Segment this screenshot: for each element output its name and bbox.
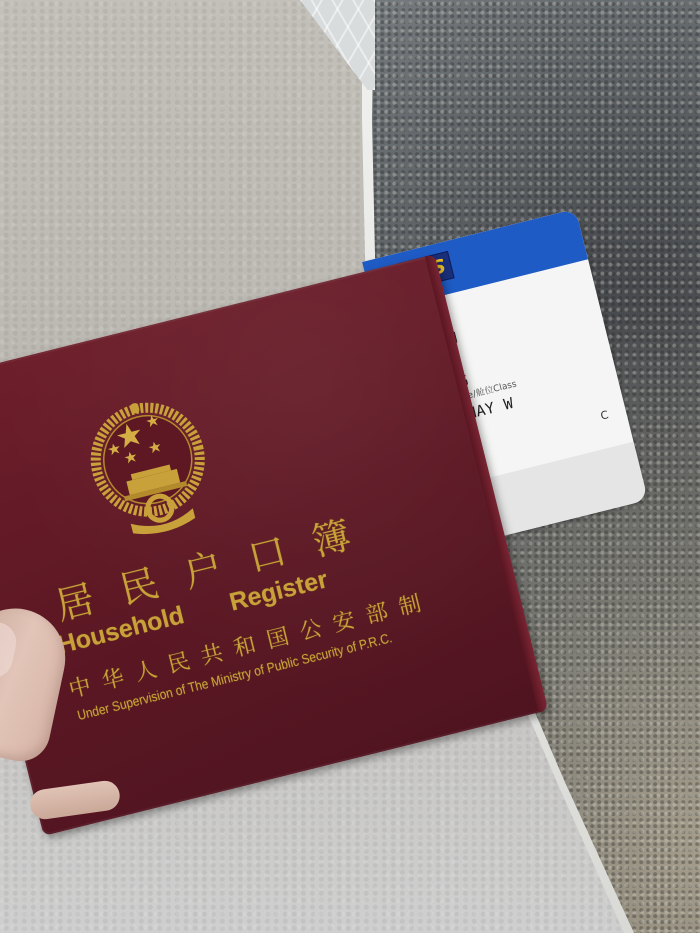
national-emblem-icon [73,386,227,547]
thumbnail [0,619,20,682]
photo-scene: BCS me 媛媛 UANYUAN DAXING LIJIANG Flight/… [0,0,700,933]
boarding-group: C [599,408,610,422]
fare-class: W [502,394,516,414]
